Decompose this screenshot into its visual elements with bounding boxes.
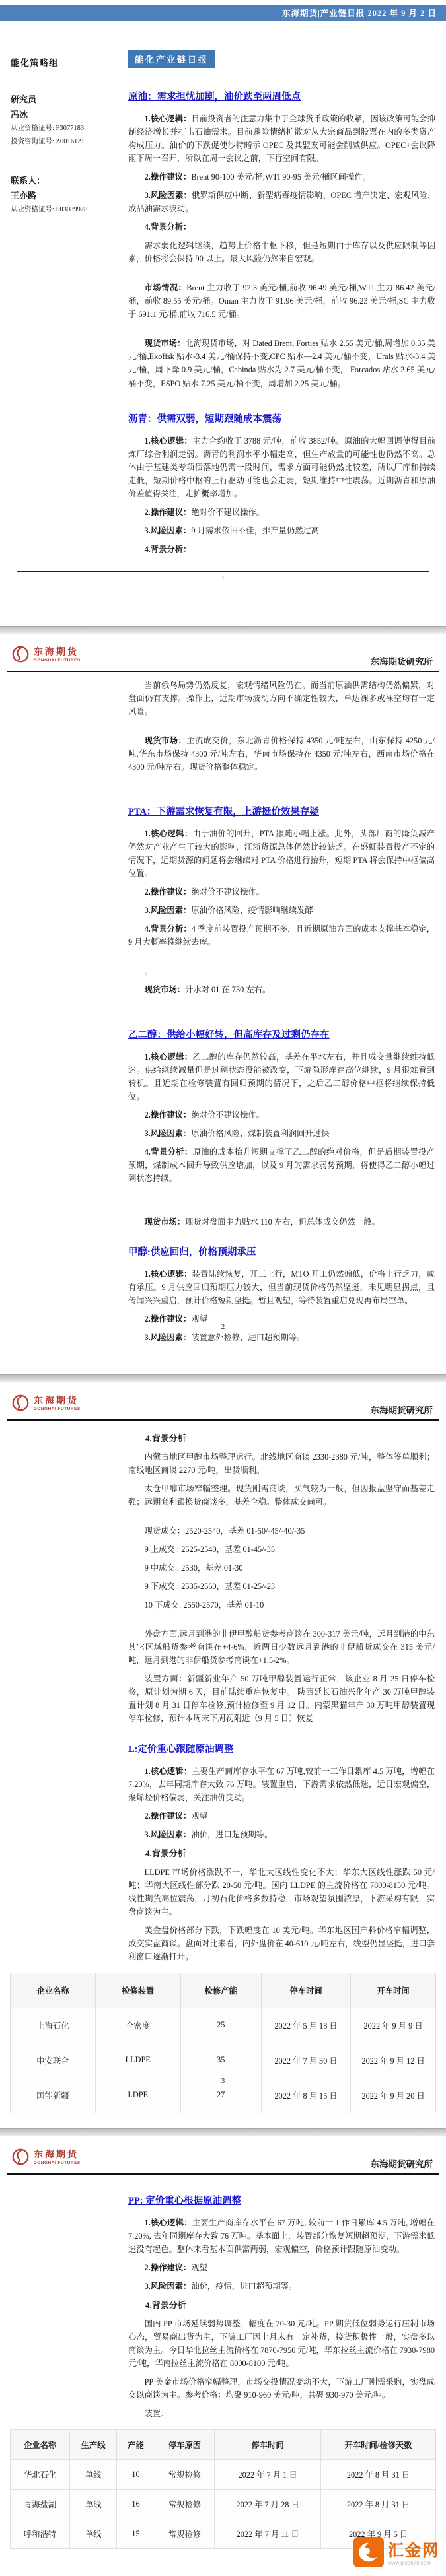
logo-english-name: DONGHAI FUTURES [34,659,81,663]
para-text: 外盘方面,远月到港的非伊甲醇船货参考商谈在 300-317 美元/吨，远月到港的… [128,1629,435,1665]
logo-text: 东海期货 DONGHAI FUTURES [34,2151,81,2166]
pp-bg-domestic: 国内 PP 市场延续弱势调整，幅度在 20-30 元/吨。PP 期货低位弱势运行… [128,2317,435,2370]
para-text: 。 [145,966,153,976]
para-text: 国内 PP 市场延续弱势调整，幅度在 20-30 元/吨。PP 期货低位弱势运行… [128,2319,435,2368]
para-label: 3.风险因素： [145,1830,192,1839]
pp-advice: 2.操作建议：观望 [128,2261,435,2274]
meg-core-logic: 1.核心逻辑：乙二醇的库存仍然较高，基差在平水左右，并且成交量继续维持低迷。供给… [128,1050,435,1103]
page-number-1: 1 [221,572,225,582]
cell: 2022 年 7 月 1 日 [215,2460,321,2490]
col-company: 企业名称 [11,2430,70,2460]
cell: 10 [116,2460,155,2490]
para-text: 升水对 01 在 730 左右。 [185,985,270,994]
para-text: 内蒙古地区甲醇市场整理运行。北线地区商谈 2330-2380 元/吨，整体签单顺… [128,1452,435,1475]
para-label: 3.风险因素： [145,2282,192,2291]
para-label: 2.操作建议： [145,1110,192,1120]
para-text: 装置： [145,2409,169,2418]
para-label: 3.风险因素： [145,526,192,535]
contact-name: 王亦路 [11,189,118,201]
para-label: 2.操作建议： [145,887,192,897]
para-text: 绝对价不建议操作。 [191,508,264,517]
pta-core-logic: 1.核心逻辑：由于油价的回升，PTA 跟随小幅上涨。此外，头部厂商的降负减产仍然… [128,827,435,880]
para-text: 现货对盘面主力贴水 110 左右，但总体成交仍然一般。 [185,1217,380,1227]
section-heading-crude-oil: 原油：需求担忧加剧，油价跌至两周低点 [128,89,435,103]
page4-header: 东海期货 DONGHAI FUTURES 东海期货研究所 [7,2136,439,2175]
para-text: 原油价格风险，疫情影响继续发酵 [191,906,313,915]
pp-maintenance-table: 企业名称 生产线 产能 停车原因 停车时间 开车时间/检修天数 华北石化单线10… [10,2429,436,2549]
para-text: 10 下成交: 2550-2570，基差 01-10 [145,1600,264,1610]
research-office-label: 东海期货研究所 [371,654,433,667]
cell: 35 [180,2043,261,2078]
research-office-label: 东海期货研究所 [371,1403,433,1416]
methanol-spot-deals: 现货成交：2520-2540，基差 01-50/-45/-40/-35 [128,1524,435,1538]
section-heading-lldpe: L:定价重心跟随原油调整 [128,1742,435,1755]
logo-english-name: DONGHAI FUTURES [34,1407,81,1412]
col-capacity: 产能 [116,2430,155,2460]
table-header-row: 企业名称 检修装置 检修产能 停车时间 开车时间 [11,1973,436,2008]
para-label: 2.操作建议： [145,172,192,182]
para-text: 装置意外检修，进口超预期等。 [191,1333,305,1342]
huijin-site-url: www.gold678.com [388,2560,439,2566]
page3-header: 东海期货 DONGHAI FUTURES 东海期货研究所 [7,1382,439,1421]
cell: 单线 [70,2460,117,2490]
bitumen-background-cont: 当前俄乌局势仍然反复，宏观情绪风险仍在。而当前原油供需结构仍然偏紧，对盘面仍有支… [128,679,435,718]
l-core-logic: 1.核心逻辑：主要生产商库存水平在 67 万吨,较前一工作日累库 4.5 万吨，… [128,1765,435,1804]
donghai-futures-logo: 东海期货 DONGHAI FUTURES [11,644,81,667]
pp-background-heading: 4.背景分析 [128,2298,435,2311]
bitumen-core-logic: 1.核心逻辑：主力合约收于 3788 元/吨，前收 3852/吨。原油的大幅回调… [128,434,435,500]
page-number-3: 3 [221,2075,225,2085]
methanol-background-heading: 4.背景分析 [128,1431,435,1444]
meg-advice: 2.操作建议：绝对价不建议操作。 [128,1108,435,1122]
contact-label: 联系人： [11,174,118,186]
researcher-cert-1: 从业资格证号: F3077183 [11,123,118,133]
para-text: 观望 [191,1812,207,1821]
report-badge: 能化产业链日报 [128,50,215,68]
bitumen-background-label: 4.背景分析： [128,543,435,556]
cell: 单线 [70,2490,117,2519]
para-label: 4.背景分析： [145,1147,193,1157]
researcher-cert-2: 投资咨询证号: Z0016121 [11,136,118,146]
cell: 单线 [70,2519,117,2549]
page1-main-column: 能化产业链日报 原油：需求担忧加剧，油价跌至两周低点 1.核心逻辑：目前投资者的… [120,21,446,561]
para-label: 市场情况： [145,283,187,292]
para-label: 1.核心逻辑： [145,829,193,838]
cell: 华北石化 [11,2460,70,2490]
para-label: 现货市场： [145,1217,186,1227]
cell: 25 [180,2008,261,2043]
para-label: 现货市场： [145,736,187,745]
para-text: 绝对价不建议操作。 [191,887,264,897]
para-label: 3.风险因素： [145,906,192,915]
para-label: 现货市场： [145,985,186,994]
l-risks: 3.风险因素：油价，进口超预期等。 [128,1828,435,1841]
bitumen-spot-market: 现货市场：主流成交价，东北沥青价格保持 4350 元/吨左右，山东保持 4250… [128,734,435,774]
page-separator [0,2128,446,2136]
researcher-label: 研究员 [11,92,118,105]
table-row: 华北石化单线10常规检修2022 年 7 月 1 日2022 年 8 月 31 … [11,2460,436,2490]
cell: LLDPE [95,2043,180,2078]
para-label: 1.核心逻辑： [145,1270,192,1279]
section-heading-meg: 乙二醇：供给小幅好转，但高库存及过剩仍存在 [128,1027,435,1041]
pta-spot-market: 现货市场：升水对 01 在 730 左右。 [128,983,435,996]
pta-stray-period: 。 [128,965,435,978]
pp-plants-label: 装置： [128,2407,435,2420]
page-separator [0,626,446,634]
cell: 呼和浩特 [11,2519,70,2549]
page3-footer-rule: 3 [17,2074,429,2086]
methanol-late-sep-deals: 9 下成交 : 2535-2560，基差 01-25/-23 [128,1580,435,1593]
logo-english-name: DONGHAI FUTURES [34,2161,81,2166]
logo-chinese-name: 东海期货 [34,648,81,658]
col-shutdown: 停车时间 [215,2430,321,2460]
col-unit: 检修装置 [95,1973,180,2008]
top-title-bar: 东海期货|产业链日报 2022 年 9 月 2 日 [0,5,446,21]
huijin-watermark: 汇金网 www.gold678.com [353,2537,439,2571]
huijin-logo-icon [353,2537,384,2571]
logo-text: 东海期货 DONGHAI FUTURES [34,1397,81,1412]
strategy-team-label: 能化策略组 [11,55,118,69]
donghai-futures-logo: 东海期货 DONGHAI FUTURES [11,1393,81,1416]
page-separator [0,1374,446,1382]
para-text: 绝对价不建议操作。 [191,1110,264,1120]
para-text: 原油价格风险，煤制装置利润回升过快 [191,1129,329,1138]
cell: 常规检修 [155,2490,214,2519]
para-label: 4.背景分析： [145,222,192,232]
para-label: 4.背景分析： [145,545,192,554]
l-background-heading: 4.背景分析 [128,1847,435,1859]
research-office-label: 东海期货研究所 [371,2157,433,2170]
para-label: 1.核心逻辑： [145,2218,192,2227]
page2-content: 当前俄乌局势仍然反复，宏观情绪风险仍在。而当前原油供需结构仍然偏紧，对盘面仍有支… [0,672,446,1344]
page1-body: 能化策略组 研究员 冯冰 从业资格证号: F3077183 投资咨询证号: Z0… [0,21,446,561]
report-page-4: 东海期货 DONGHAI FUTURES 东海期货研究所 PP: 定价重心根据原… [0,2136,446,2576]
section-heading-methanol: 甲醇:供应回归，价格预期承压 [128,1244,435,1258]
para-text: LLDPE 市场价格涨跌不一，华北大区线性变化不大；华东大区线性涨跌 50 元/… [128,1868,435,1916]
crude-advice: 2.操作建议：Brent 90-100 美元/桶,WTI 90-95 美元/桶区… [128,170,435,184]
table-row: 青海盐湖单线16常规检修2022 年 7 月 28 日2022 年 8 月 31… [11,2490,436,2519]
para-text: 需求弱化逻辑继续，趋势上价格中枢下移，但是短期由于库存以及供应限制等因素，价格将… [128,241,435,263]
crude-risks: 3.风险因素：俄罗斯供应中断、新型病毒疫情影响、OPEC 增产决定、宏观风险、成… [128,189,435,215]
col-shutdown: 停车时间 [261,1973,350,2008]
col-line: 生产线 [70,2430,117,2460]
para-text: 9 上成交 : 2525-2540，基差 01-45/-35 [145,1545,275,1554]
section-heading-pp: PP: 定价重心根据原油调整 [128,2193,435,2207]
page4-content: PP: 定价重心根据原油调整 1.核心逻辑：主要生产商库存水平在 67 万吨, … [0,2175,446,2420]
crude-core-logic: 1.核心逻辑：目前投资者的注意力集中于全球货币政策的收紧，因该政策可能会抑制经济… [128,112,435,165]
cell: 2022 年 5 月 18 日 [261,2008,350,2043]
methanol-early-sep-deals: 9 上成交 : 2525-2540，基差 01-45/-35 [128,1543,435,1556]
para-text: PP 美金市场价格窄幅整理，市场交投情况变动不大，下游工厂刚需采购，实盘成交以商… [128,2377,435,2400]
huijin-site-name: 汇金网 [388,2537,439,2560]
report-page-3: 东海期货 DONGHAI FUTURES 东海期货研究所 4.背景分析 内蒙古地… [0,1382,446,2128]
donghai-logo-icon [11,2147,30,2170]
para-text: 9 下成交 : 2535-2560，基差 01-25/-23 [145,1582,275,1591]
methanol-external-market: 外盘方面,远月到港的非伊甲醇船货参考商谈在 300-317 美元/吨，远月到港的… [128,1627,435,1667]
col-company: 企业名称 [11,1973,96,2008]
page1-footer-rule: 1 [17,571,429,584]
pta-risks: 3.风险因素：原油价格风险，疫情影响继续发酵 [128,904,435,917]
table-header-row: 企业名称 生产线 产能 停车原因 停车时间 开车时间/检修天数 [11,2430,436,2460]
para-text: 美金盘价格部分下跌，下跌幅度在 10 美元/吨。华东地区国产料价格窄幅调整，成交… [128,1926,435,1961]
methanol-core-logic: 1.核心逻辑：装置陆续恢复，开工上行，MTO 开工仍然偏低，价格上行乏力，或有承… [128,1268,435,1307]
para-label: 1.核心逻辑： [145,436,192,446]
cell: 2022 年 8 月 31 日 [321,2490,436,2519]
cell: 2022 年 7 月 11 日 [215,2519,321,2549]
para-label: 3.风险因素： [145,191,192,200]
pe-maintenance-table: 企业名称 检修装置 检修产能 停车时间 开车时间 上海石化全密度252022 年… [10,1973,436,2113]
methanol-plants: 装置方面：新疆新业年产 50 万吨甲醇装置运行正常，该企业 8 月 25 日停车… [128,1672,435,1725]
cell: 2022 年 7 月 30 日 [261,2043,350,2078]
pta-background: 4.背景分析：4 季度前装置投产预期不多，且近期原油方面的成本支撑基本稳定，9 … [128,922,435,949]
contact-block: 联系人： 王亦路 从业资格证号: F03089928 [11,174,118,214]
para-text: Brent 90-100 美元/桶,WTI 90-95 美元/桶区间操作。 [191,172,371,182]
cell: 15 [116,2519,155,2549]
methanol-late-oct-deals: 10 下成交: 2550-2570，基差 01-10 [128,1598,435,1611]
para-text: 现货成交：2520-2540，基差 01-50/-45/-40/-35 [145,1526,305,1536]
cell: 16 [116,2490,155,2519]
logo-text: 东海期货 DONGHAI FUTURES [34,648,81,663]
para-label: 3.风险因素： [145,1129,192,1138]
para-text: 油价，疫情，进口超预期等。 [191,2282,297,2291]
report-page-2: 东海期货 DONGHAI FUTURES 东海期货研究所 当前俄乌局势仍然反复，… [0,634,446,1374]
donghai-futures-logo: 东海期货 DONGHAI FUTURES [11,2147,81,2170]
col-restart: 开车时间 [351,1973,436,2008]
crude-background-text: 需求弱化逻辑继续，趋势上价格中枢下移，但是短期由于库存以及供应限制等因素，价格将… [128,239,435,265]
page-number-2: 2 [221,1321,225,1331]
table-row: 上海石化全密度252022 年 5 月 18 日2022 年 9 月 9 日 [11,2008,436,2043]
crude-spot-market: 现货市场：北海现货市场，对 Dated Brent, Forties 贴水 2.… [128,337,435,390]
para-text: 油价，进口超预期等。 [191,1830,272,1839]
page3-content: 4.背景分析 内蒙古地区甲醇市场整理运行。北线地区商谈 2330-2380 元/… [0,1421,446,1963]
bitumen-advice: 2.操作建议：绝对价不建议操作。 [128,506,435,519]
methanol-bg-taicang: 太仓甲醇市场窄幅整理。现货刚需商谈，买气较为一般，但因报盘坚守而基差走强；远期套… [128,1482,435,1508]
huijin-text: 汇金网 www.gold678.com [388,2537,439,2566]
para-label: 1.核心逻辑： [145,114,192,123]
cell: 中安联合 [11,2043,96,2078]
para-text: 9 中成交 : 2530，基差 01-30 [145,1563,243,1573]
bitumen-risks: 3.风险因素：9 月需求依旧不佳，排产量仍然过高 [128,524,435,537]
cell: 全密度 [95,2008,180,2043]
cell: 上海石化 [11,2008,96,2043]
meg-background: 4.背景分析：原油的成本抬升短期支撑了乙二醇的绝对价格，但是后期装置投产预期，煤… [128,1145,435,1185]
meg-spot-market: 现货市场：现货对盘面主力贴水 110 左右，但总体成交仍然一般。 [128,1215,435,1229]
para-text: 观望 [191,2263,207,2272]
para-text: 当前俄乌局势仍然反复，宏观情绪风险仍在。而当前原油供需结构仍然偏紧，对盘面仍有支… [128,681,435,716]
para-label: 2.操作建议： [145,508,192,517]
logo-chinese-name: 东海期货 [34,2151,81,2160]
donghai-logo-icon [11,1393,30,1416]
cell: 2022 年 8 月 31 日 [321,2460,436,2490]
pp-bg-usd-market: PP 美金市场价格窄幅整理，市场交投情况变动不大，下游工厂刚需采购，实盘成交以商… [128,2375,435,2402]
researcher-name: 冯冰 [11,108,118,120]
para-text: 太仓甲醇市场窄幅整理。现货刚需商谈，买气较为一般，但因报盘坚守而基差走强；远期套… [128,1484,435,1507]
methanol-risks: 3.风险因素：装置意外检修，进口超预期等。 [128,1331,435,1344]
meg-risks: 3.风险因素：原油价格风险，煤制装置利润回升过快 [128,1127,435,1140]
cell: 2022 年 9 月 12 日 [351,2043,436,2078]
para-label: 1.核心逻辑： [145,1767,192,1776]
col-capacity: 检修产能 [180,1973,261,2008]
col-reason: 停车原因 [155,2430,214,2460]
section-heading-bitumen: 沥青：供需双弱，短期跟随成本震荡 [128,411,435,425]
para-label: 4.背景分析： [145,924,192,933]
para-label: 现货市场： [145,339,186,348]
cell: 常规检修 [155,2460,214,2490]
section-heading-pta: PTA：下游需求恢复有限，上游挺价效果存疑 [128,804,435,818]
l-bg-domestic: LLDPE 市场价格涨跌不一，华北大区线性变化不大；华东大区线性涨跌 50 元/… [128,1866,435,1918]
para-label: 1.核心逻辑： [145,1052,193,1062]
logo-chinese-name: 东海期货 [34,1397,81,1406]
cell: 常规检修 [155,2519,214,2549]
col-restart: 开车时间/检修天数 [321,2430,436,2460]
pp-risks: 3.风险因素：油价，疫情，进口超预期等。 [128,2280,435,2293]
pp-core-logic: 1.核心逻辑：主要生产商库存水平在 67 万吨, 较前一工作日累库 4.5 万吨… [128,2216,435,2256]
cell: 2022 年 7 月 28 日 [215,2490,321,2519]
methanol-mid-sep-deals: 9 中成交 : 2530，基差 01-30 [128,1561,435,1575]
report-page-1: 东海期货|产业链日报 2022 年 9 月 2 日 能化策略组 研究员 冯冰 从… [0,0,446,626]
methanol-bg-inner-mongolia: 内蒙古地区甲醇市场整理运行。北线地区商谈 2330-2380 元/吨，整体签单顺… [128,1450,435,1477]
para-label: 2.操作建议： [145,2263,192,2272]
page2-footer-rule: 2 [17,1320,429,1332]
pta-advice: 2.操作建议：绝对价不建议操作。 [128,885,435,898]
crude-market-summary: 市场情况：Brent 主力收于 92.3 美元/桶,前收 96.49 美元/桶,… [128,281,435,321]
donghai-logo-icon [11,644,30,667]
para-text: 装置方面：新疆新业年产 50 万吨甲醇装置运行正常，该企业 8 月 25 日停车… [128,1674,435,1723]
crude-background-label: 4.背景分析： [128,220,435,234]
page2-header: 东海期货 DONGHAI FUTURES 东海期货研究所 [7,634,439,672]
table-row: 中安联合LLDPE352022 年 7 月 30 日2022 年 9 月 12 … [11,2043,436,2078]
author-sidebar: 能化策略组 研究员 冯冰 从业资格证号: F3077183 投资咨询证号: Z0… [0,21,120,561]
cell: 2022 年 9 月 9 日 [351,2008,436,2043]
l-advice: 2.操作建议：观望 [128,1810,435,1823]
contact-cert: 从业资格证号: F03089928 [11,204,118,214]
para-label: 2.操作建议： [145,1812,192,1821]
para-label: 3.风险因素： [145,1333,192,1342]
l-bg-usd-market: 美金盘价格部分下跌，下跌幅度在 10 美元/吨。华东地区国产料价格窄幅调整，成交… [128,1924,435,1963]
para-text: 9 月需求依旧不佳，排产量仍然过高 [191,526,319,535]
cell: 青海盐湖 [11,2490,70,2519]
